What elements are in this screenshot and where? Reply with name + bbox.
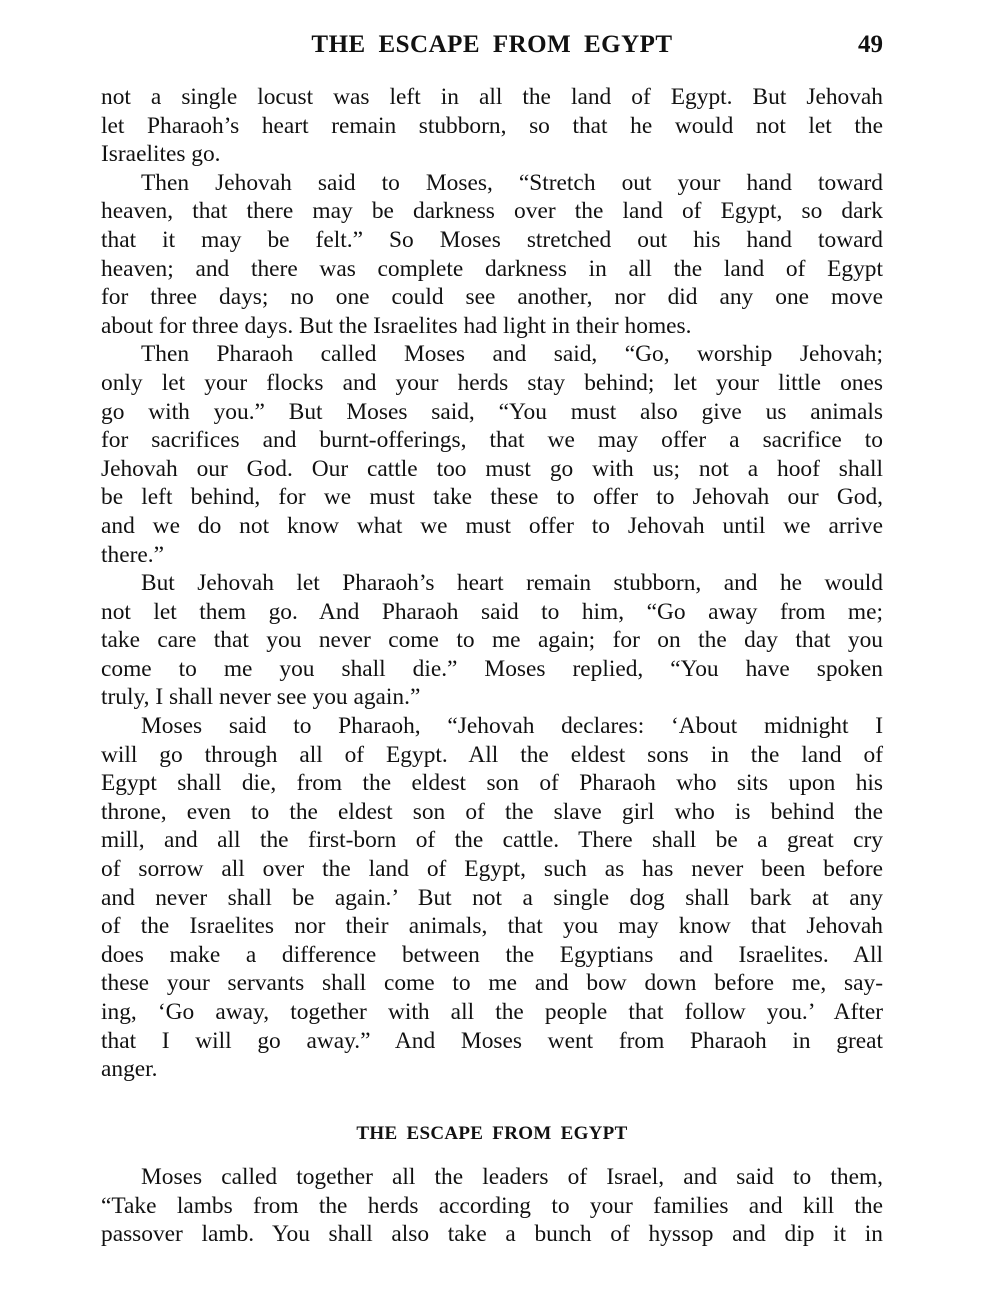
text-line: will go through all of Egypt. All the el… (101, 741, 883, 770)
page-number: 49 (858, 28, 883, 62)
text-line: for sacrifices and burnt-offerings, that… (101, 426, 883, 455)
text-line: of the Israelites nor their animals, tha… (101, 912, 883, 941)
text-line: heaven, that there may be darkness over … (101, 197, 883, 226)
section-body-text: Moses called together all the leaders of… (101, 1163, 883, 1249)
text-line: mill, and all the first-born of the catt… (101, 826, 883, 855)
text-line: go with you.” But Moses said, “You must … (101, 398, 883, 427)
text-line: “Take lambs from the herds according to … (101, 1192, 883, 1221)
text-line: take care that you never come to me agai… (101, 626, 883, 655)
text-line: and never shall be again.’ But not a sin… (101, 884, 883, 913)
text-line: that I will go away.” And Moses went fro… (101, 1027, 883, 1056)
paragraph: Moses called together all the leaders of… (101, 1163, 883, 1249)
text-line: passover lamb. You shall also take a bun… (101, 1220, 883, 1249)
paragraph: Then Pharaoh called Moses and said, “Go,… (101, 340, 883, 569)
text-line: these your servants shall come to me and… (101, 969, 883, 998)
text-line: truly, I shall never see you again.” (101, 683, 883, 712)
text-line: Jehovah our God. Our cattle too must go … (101, 455, 883, 484)
text-line: come to me you shall die.” Moses replied… (101, 655, 883, 684)
text-line: Then Jehovah said to Moses, “Stretch out… (101, 169, 883, 198)
body-text-block: not a single locust was left in all the … (101, 83, 883, 1084)
text-line: Moses called together all the leaders of… (101, 1163, 883, 1192)
paragraph: Moses said to Pharaoh, “Jehovah declares… (101, 712, 883, 1084)
text-line: does make a difference between the Egypt… (101, 941, 883, 970)
text-line: only let your flocks and your herds stay… (101, 369, 883, 398)
section-heading: THE ESCAPE FROM EGYPT (101, 1121, 883, 1147)
text-line: Egypt shall die, from the eldest son of … (101, 769, 883, 798)
text-line: that it may be felt.” So Moses stretched… (101, 226, 883, 255)
text-line: of sorrow all over the land of Egypt, su… (101, 855, 883, 884)
paragraph: But Jehovah let Pharaoh’s heart remain s… (101, 569, 883, 712)
text-line: and we do not know what we must offer to… (101, 512, 883, 541)
running-head: THE ESCAPE FROM EGYPT 49 (101, 28, 883, 62)
text-line: not let them go. And Pharaoh said to him… (101, 598, 883, 627)
paragraph: Then Jehovah said to Moses, “Stretch out… (101, 169, 883, 341)
text-line: for three days; no one could see another… (101, 283, 883, 312)
text-line: But Jehovah let Pharaoh’s heart remain s… (101, 569, 883, 598)
paragraph: not a single locust was left in all the … (101, 83, 883, 169)
text-line: about for three days. But the Israelites… (101, 312, 883, 341)
text-line: heaven; and there was complete darkness … (101, 255, 883, 284)
text-line: Then Pharaoh called Moses and said, “Go,… (101, 340, 883, 369)
text-line: Moses said to Pharaoh, “Jehovah declares… (101, 712, 883, 741)
text-line: not a single locust was left in all the … (101, 83, 883, 112)
text-line: let Pharaoh’s heart remain stubborn, so … (101, 112, 883, 141)
text-line: Israelites go. (101, 140, 883, 169)
text-line: there.” (101, 541, 883, 570)
text-line: be left behind, for we must take these t… (101, 483, 883, 512)
running-title: THE ESCAPE FROM EGYPT (101, 28, 883, 62)
text-line: throne, even to the eldest son of the sl… (101, 798, 883, 827)
text-line: ing, ‘Go away, together with all the peo… (101, 998, 883, 1027)
text-line: anger. (101, 1055, 883, 1084)
